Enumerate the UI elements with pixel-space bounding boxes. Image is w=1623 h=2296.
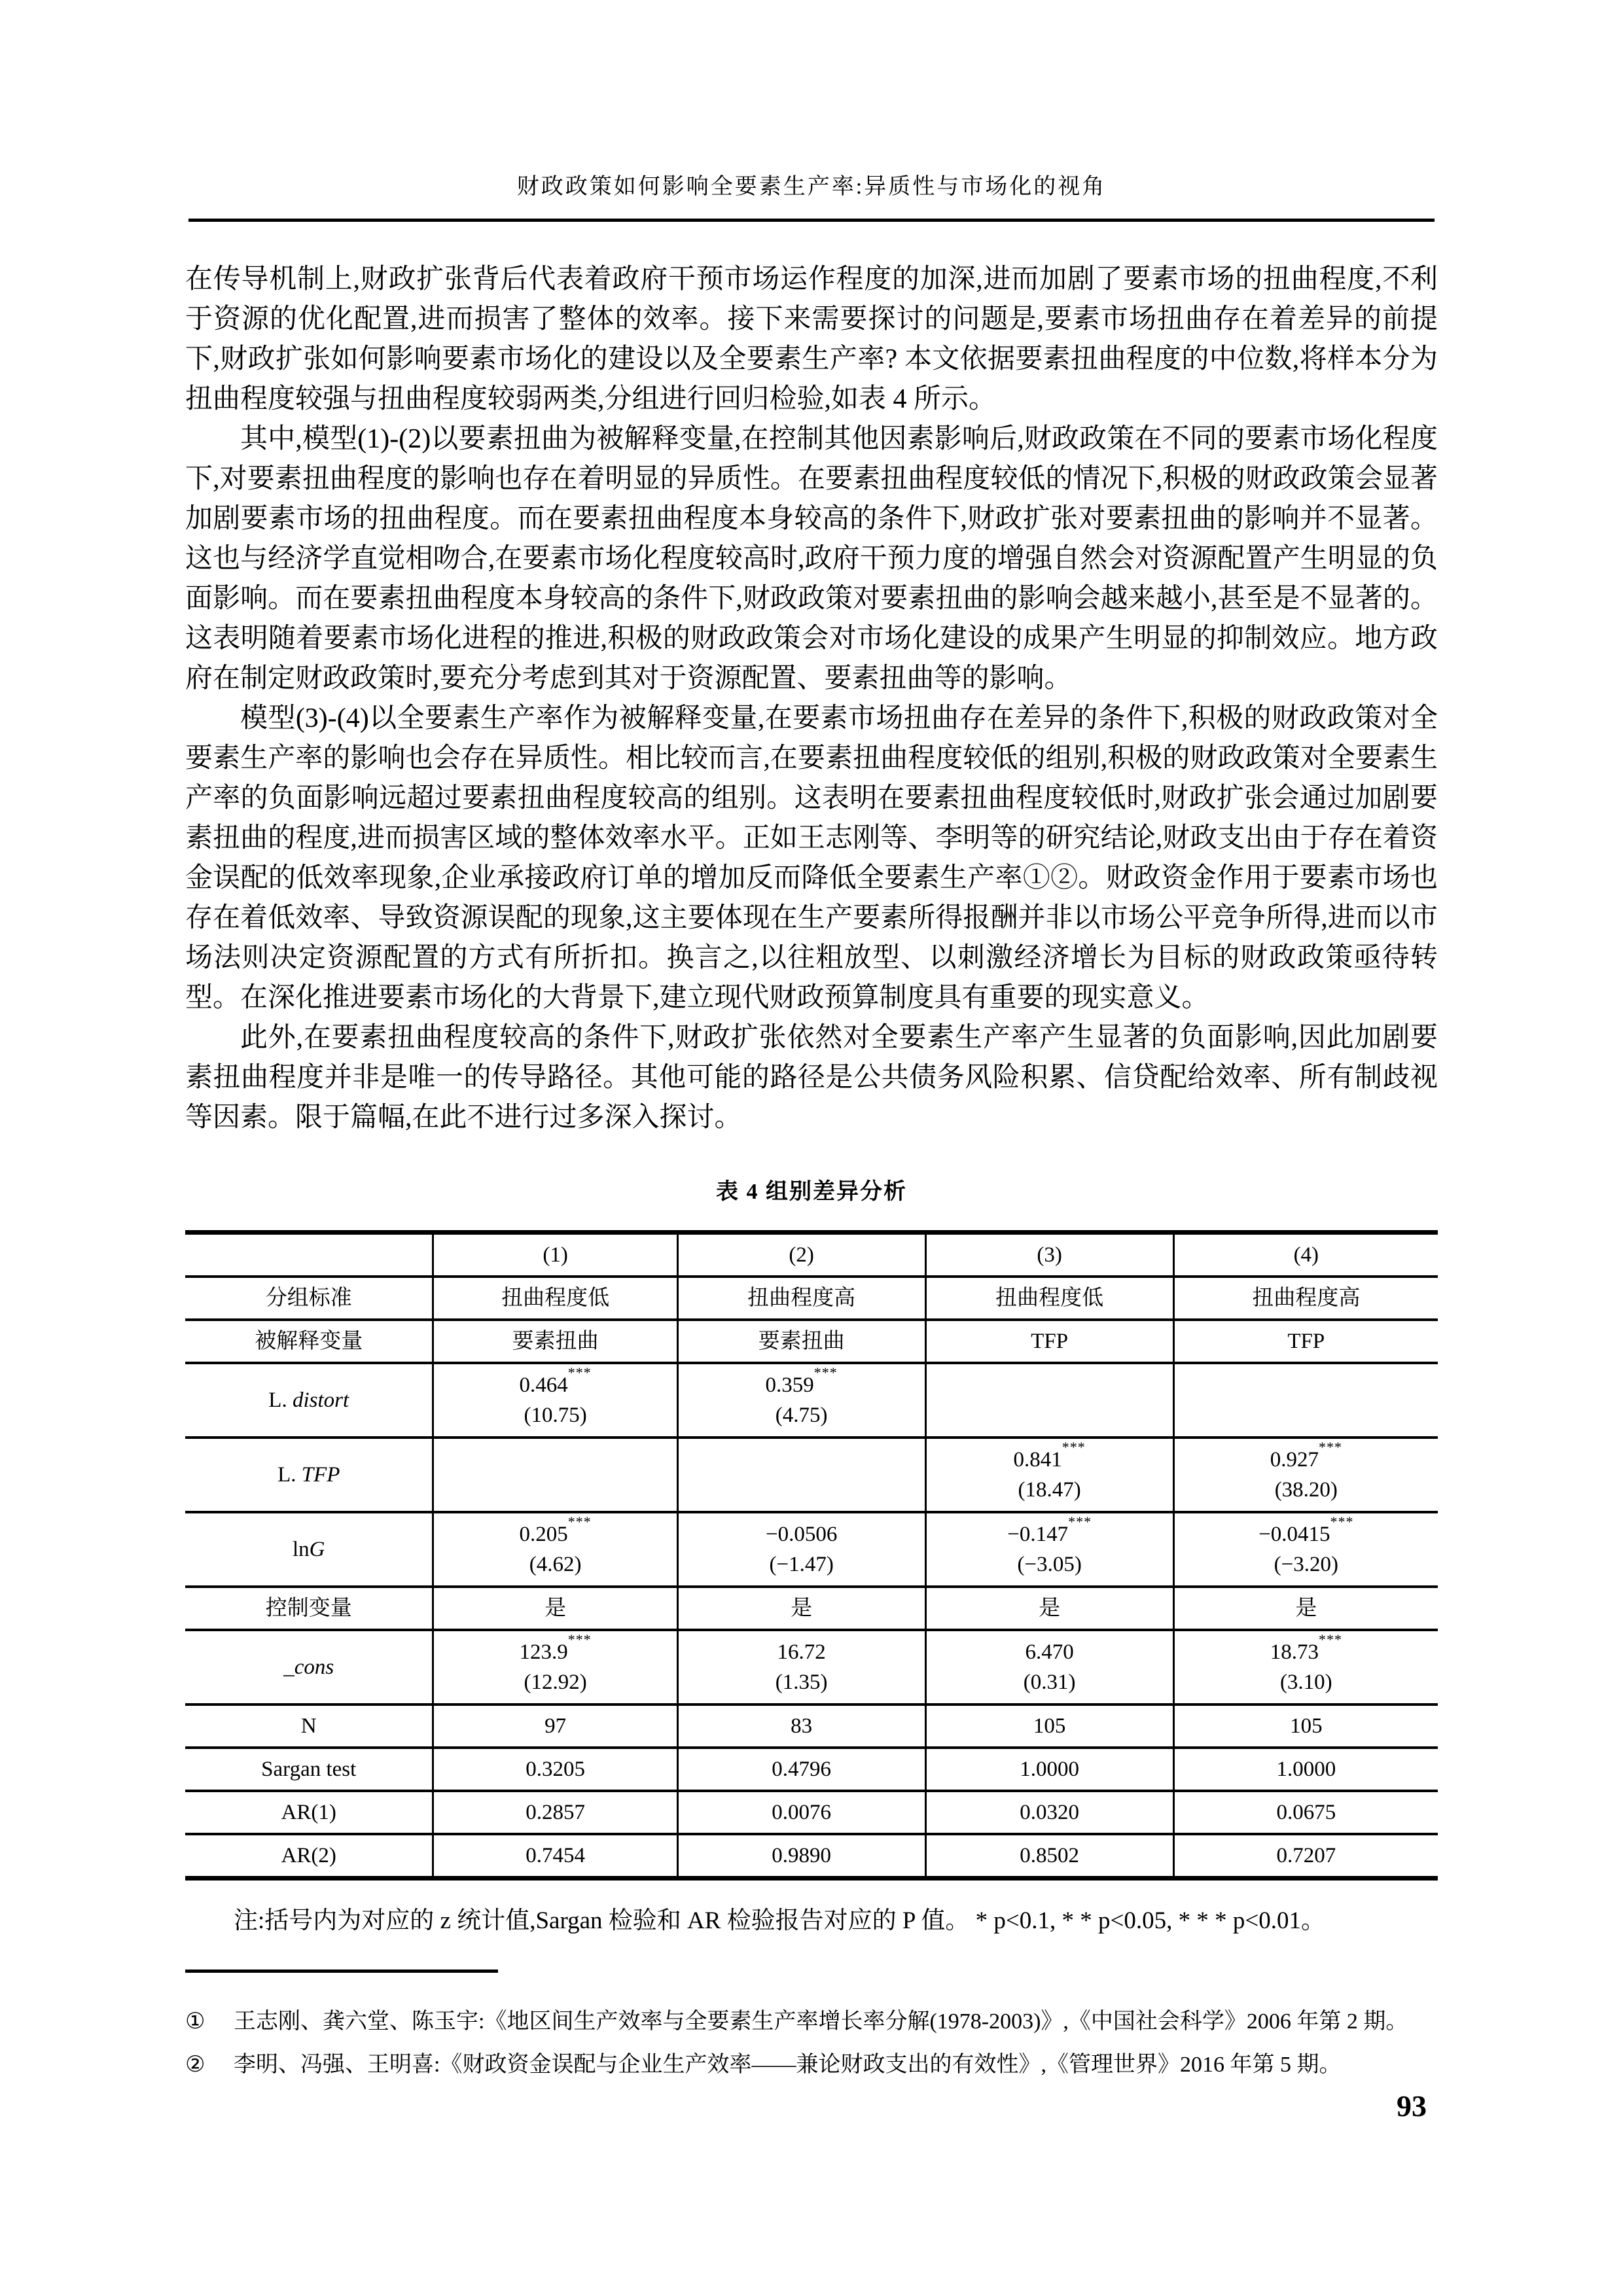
table-row: 控制变量是是是是 bbox=[185, 1587, 1438, 1630]
table-cell: 0.841***(18.47) bbox=[925, 1438, 1173, 1512]
significance-stars: *** bbox=[1319, 1631, 1342, 1648]
table-cell: 是 bbox=[433, 1587, 677, 1630]
row-label-part: distort bbox=[293, 1388, 349, 1412]
row-label: _cons bbox=[185, 1630, 433, 1704]
table-cell: −0.0415***(−3.20) bbox=[1173, 1512, 1438, 1587]
table-cell bbox=[925, 1363, 1173, 1438]
row-label-part: L. bbox=[277, 1463, 302, 1487]
table-cell: −0.147***(−3.05) bbox=[925, 1512, 1173, 1587]
footnote-marker: ① bbox=[185, 2000, 234, 2043]
row-label-part: ln bbox=[293, 1538, 310, 1561]
paragraph: 模型(3)-(4)以全要素生产率作为被解释变量,在要素市场扭曲存在差异的条件下,… bbox=[185, 699, 1438, 1018]
paragraph: 此外,在要素扭曲程度较高的条件下,财政扩张依然对全要素生产率产生显著的负面影响,… bbox=[185, 1018, 1438, 1138]
row-label-part: G bbox=[310, 1538, 325, 1561]
table-cell bbox=[433, 1438, 677, 1512]
table-note: 注:括号内为对应的 z 统计值,Sargan 检验和 AR 检验报告对应的 P … bbox=[185, 1901, 1438, 1941]
table-cell: 扭曲程度低 bbox=[433, 1277, 677, 1320]
table-row: 被解释变量要素扭曲要素扭曲TFPTFP bbox=[185, 1320, 1438, 1363]
z-statistic: (4.62) bbox=[439, 1549, 671, 1580]
table-cell: 1.0000 bbox=[925, 1748, 1173, 1791]
row-label: L. TFP bbox=[185, 1438, 433, 1512]
table-cell: 扭曲程度低 bbox=[925, 1277, 1173, 1320]
table-cell: 是 bbox=[1173, 1587, 1438, 1630]
table-cell: 0.7454 bbox=[433, 1834, 677, 1879]
table-col-header: (3) bbox=[925, 1233, 1173, 1277]
z-statistic: (10.75) bbox=[439, 1400, 671, 1430]
row-label-part: AR(2) bbox=[281, 1844, 336, 1867]
paragraph: 在传导机制上,财政扩张背后代表着政府干预市场运作程度的加深,进而加剧了要素市场的… bbox=[185, 260, 1438, 419]
table-row: AR(2)0.74540.98900.85020.7207 bbox=[185, 1834, 1438, 1879]
z-statistic: (−3.20) bbox=[1180, 1549, 1433, 1580]
page-content: 在传导机制上,财政扩张背后代表着政府干预市场运作程度的加深,进而加剧了要素市场的… bbox=[185, 260, 1438, 2087]
table-cell: 0.359***(4.75) bbox=[677, 1363, 925, 1438]
row-label: AR(1) bbox=[185, 1791, 433, 1834]
significance-stars: *** bbox=[1068, 1513, 1092, 1530]
z-statistic: (−1.47) bbox=[684, 1549, 919, 1580]
table-cell: 6.470(0.31) bbox=[925, 1630, 1173, 1704]
table-cell: 83 bbox=[677, 1704, 925, 1748]
z-statistic: (3.10) bbox=[1180, 1667, 1433, 1697]
table-row: lnG0.205***(4.62)−0.0506(−1.47)−0.147***… bbox=[185, 1512, 1438, 1587]
table-cell: 0.8502 bbox=[925, 1834, 1173, 1879]
z-statistic: (1.35) bbox=[684, 1667, 919, 1697]
body-paragraphs: 在传导机制上,财政扩张背后代表着政府干预市场运作程度的加深,进而加剧了要素市场的… bbox=[185, 260, 1438, 1138]
table-row: _cons123.9***(12.92)16.72(1.35)6.470(0.3… bbox=[185, 1630, 1438, 1704]
table-cell bbox=[677, 1438, 925, 1512]
significance-stars: *** bbox=[568, 1513, 592, 1530]
table-title: 表 4 组别差异分析 bbox=[185, 1173, 1438, 1205]
table-cell: 扭曲程度高 bbox=[1173, 1277, 1438, 1320]
table-cell: 97 bbox=[433, 1704, 677, 1748]
row-label: 被解释变量 bbox=[185, 1320, 433, 1363]
coefficient-value: 0.927*** bbox=[1180, 1445, 1433, 1475]
row-label-part: Sargan test bbox=[261, 1757, 356, 1781]
table-cell: −0.0506(−1.47) bbox=[677, 1512, 925, 1587]
row-label: lnG bbox=[185, 1512, 433, 1587]
table-cell: 16.72(1.35) bbox=[677, 1630, 925, 1704]
coefficient-value: 0.359*** bbox=[684, 1370, 919, 1400]
coefficient-value: −0.147*** bbox=[932, 1519, 1168, 1549]
paper-page: 财政政策如何影响全要素生产率:异质性与市场化的视角 在传导机制上,财政扩张背后代… bbox=[0, 0, 1623, 2296]
table-col-header: (4) bbox=[1173, 1233, 1438, 1277]
coefficient-value: 18.73*** bbox=[1180, 1637, 1433, 1667]
table-cell: 0.9890 bbox=[677, 1834, 925, 1879]
row-label-part: 被解释变量 bbox=[255, 1330, 363, 1353]
table-cell: 要素扭曲 bbox=[677, 1320, 925, 1363]
z-statistic: (−3.05) bbox=[932, 1549, 1168, 1580]
table-cell: 105 bbox=[1173, 1704, 1438, 1748]
row-label-part: N bbox=[301, 1714, 317, 1738]
z-statistic: (12.92) bbox=[439, 1667, 671, 1697]
row-label-part: 控制变量 bbox=[266, 1597, 352, 1620]
table-cell: 扭曲程度高 bbox=[677, 1277, 925, 1320]
significance-stars: *** bbox=[1330, 1513, 1354, 1530]
table-cell: 要素扭曲 bbox=[433, 1320, 677, 1363]
table-row: N9783105105 bbox=[185, 1704, 1438, 1748]
table-col-header: (2) bbox=[677, 1233, 925, 1277]
coefficient-value: −0.0415*** bbox=[1180, 1519, 1433, 1549]
table-row: L. TFP0.841***(18.47)0.927***(38.20) bbox=[185, 1438, 1438, 1512]
table-cell: 0.0675 bbox=[1173, 1791, 1438, 1834]
coefficient-value: 6.470 bbox=[932, 1637, 1168, 1667]
row-label-part: cons bbox=[294, 1655, 334, 1679]
table-row: L. distort0.464***(10.75)0.359***(4.75) bbox=[185, 1363, 1438, 1438]
row-label: AR(2) bbox=[185, 1834, 433, 1879]
z-statistic: (38.20) bbox=[1180, 1475, 1433, 1505]
table-cell: 123.9***(12.92) bbox=[433, 1630, 677, 1704]
paragraph: 其中,模型(1)-(2)以要素扭曲为被解释变量,在控制其他因素影响后,财政政策在… bbox=[185, 419, 1438, 699]
footnotes: ①王志刚、龚六堂、陈玉宇:《地区间生产效率与全要素生产率增长率分解(1978-2… bbox=[185, 2000, 1438, 2087]
coefficient-value: 0.205*** bbox=[439, 1519, 671, 1549]
table-cell: 0.927***(38.20) bbox=[1173, 1438, 1438, 1512]
row-label-part: AR(1) bbox=[281, 1801, 336, 1824]
significance-stars: *** bbox=[568, 1631, 592, 1648]
table-cell: 0.0076 bbox=[677, 1791, 925, 1834]
row-label: 分组标准 bbox=[185, 1277, 433, 1320]
z-statistic: (18.47) bbox=[932, 1475, 1168, 1505]
table-row: AR(1)0.28570.00760.03200.0675 bbox=[185, 1791, 1438, 1834]
coefficient-value: 123.9*** bbox=[439, 1637, 671, 1667]
coefficient-value: 16.72 bbox=[684, 1637, 919, 1667]
row-label-part: TFP bbox=[302, 1463, 340, 1487]
significance-stars: *** bbox=[1062, 1439, 1086, 1455]
table-cell: 0.2857 bbox=[433, 1791, 677, 1834]
page-number: 93 bbox=[1397, 2089, 1427, 2123]
row-label: N bbox=[185, 1704, 433, 1748]
table-cell: 105 bbox=[925, 1704, 1173, 1748]
footnote-text: 王志刚、龚六堂、陈玉宇:《地区间生产效率与全要素生产率增长率分解(1978-20… bbox=[234, 2009, 1408, 2034]
table-row: 分组标准扭曲程度低扭曲程度高扭曲程度低扭曲程度高 bbox=[185, 1277, 1438, 1320]
table-cell: 是 bbox=[677, 1587, 925, 1630]
footnote-marker: ② bbox=[185, 2043, 234, 2087]
row-label: Sargan test bbox=[185, 1748, 433, 1791]
table-header-row: (1)(2)(3)(4) bbox=[185, 1233, 1438, 1277]
table-cell: 18.73***(3.10) bbox=[1173, 1630, 1438, 1704]
table-cell: 0.3205 bbox=[433, 1748, 677, 1791]
significance-stars: *** bbox=[814, 1364, 838, 1381]
running-title: 财政政策如何影响全要素生产率:异质性与市场化的视角 bbox=[0, 0, 1623, 200]
table-cell: 0.205***(4.62) bbox=[433, 1512, 677, 1587]
z-statistic: (0.31) bbox=[932, 1667, 1168, 1697]
row-label-part: L. bbox=[268, 1388, 293, 1412]
table-cell: 0.7207 bbox=[1173, 1834, 1438, 1879]
z-statistic: (4.75) bbox=[684, 1400, 919, 1430]
row-label-part: 分组标准 bbox=[266, 1286, 352, 1310]
row-label: 控制变量 bbox=[185, 1587, 433, 1630]
footnote: ②李明、冯强、王明喜:《财政资金误配与企业生产效率——兼论财政支出的有效性》,《… bbox=[185, 2043, 1438, 2087]
coefficient-value: −0.0506 bbox=[684, 1519, 919, 1549]
header-rule bbox=[188, 219, 1435, 222]
table-cell: 1.0000 bbox=[1173, 1748, 1438, 1791]
table-cell: TFP bbox=[1173, 1320, 1438, 1363]
row-label: L. distort bbox=[185, 1363, 433, 1438]
table-row: Sargan test0.32050.47961.00001.0000 bbox=[185, 1748, 1438, 1791]
significance-stars: *** bbox=[568, 1364, 592, 1381]
footnote: ①王志刚、龚六堂、陈玉宇:《地区间生产效率与全要素生产率增长率分解(1978-2… bbox=[185, 2000, 1438, 2043]
regression-table: (1)(2)(3)(4) 分组标准扭曲程度低扭曲程度高扭曲程度低扭曲程度高被解释… bbox=[185, 1230, 1438, 1881]
coefficient-value: 0.464*** bbox=[439, 1370, 671, 1400]
table-cell: 0.464***(10.75) bbox=[433, 1363, 677, 1438]
table-cell: 0.4796 bbox=[677, 1748, 925, 1791]
table-col-header: (1) bbox=[433, 1233, 677, 1277]
table-cell: 0.0320 bbox=[925, 1791, 1173, 1834]
significance-stars: *** bbox=[1319, 1439, 1342, 1455]
table-corner-cell bbox=[185, 1233, 433, 1277]
table-cell: 是 bbox=[925, 1587, 1173, 1630]
table-cell bbox=[1173, 1363, 1438, 1438]
row-label-part: _ bbox=[283, 1655, 294, 1679]
footnote-separator bbox=[185, 1969, 498, 1973]
coefficient-value: 0.841*** bbox=[932, 1445, 1168, 1475]
table-cell: TFP bbox=[925, 1320, 1173, 1363]
footnote-text: 李明、冯强、王明喜:《财政资金误配与企业生产效率——兼论财政支出的有效性》,《管… bbox=[234, 2053, 1341, 2077]
